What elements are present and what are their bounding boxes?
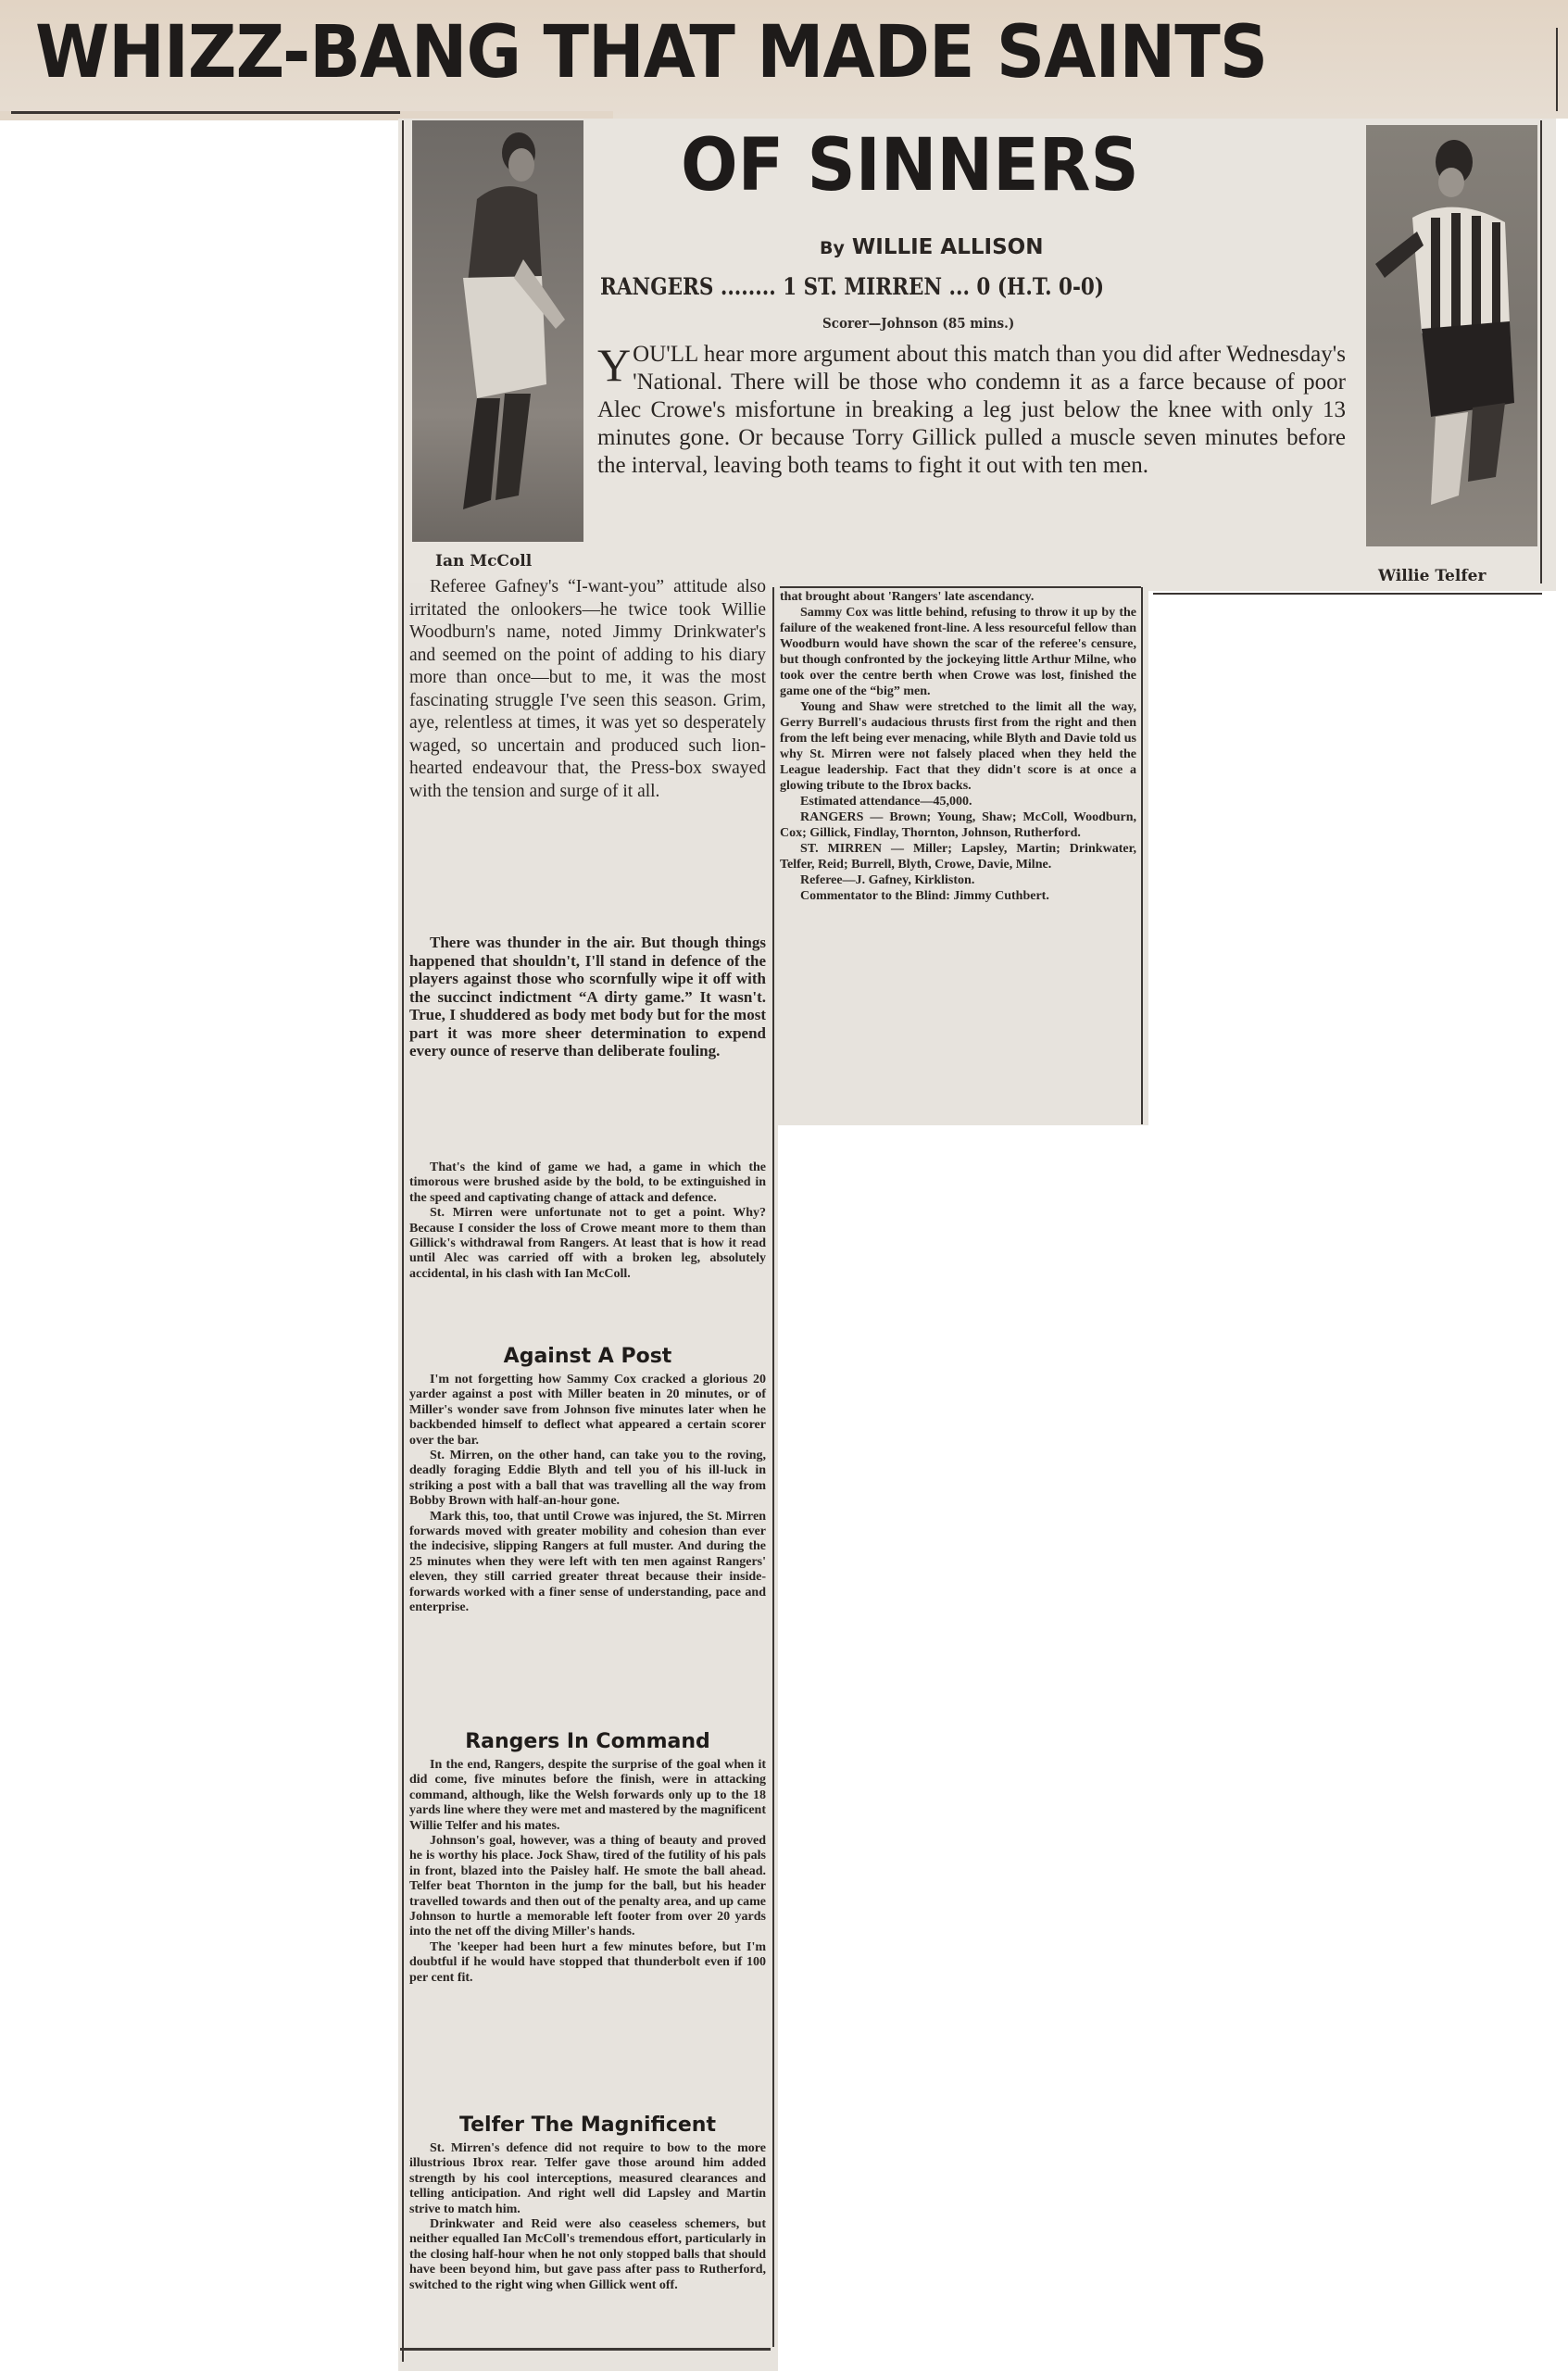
paragraph: That's the kind of game we had, a game i…	[409, 1160, 766, 1206]
commentator: Commentator to the Blind: Jimmy Cuthbert…	[780, 888, 1136, 904]
subhead-against-a-post: Against A Post	[409, 1345, 766, 1368]
column-b: that brought about 'Rangers' late ascend…	[780, 589, 1136, 904]
section-against-a-post: I'm not forgetting how Sammy Cox cracked…	[409, 1373, 766, 1616]
section-rangers-in-command: In the end, Rangers, despite the surpris…	[409, 1758, 766, 1986]
column-a-part-1: Referee Gafney's “I-want-you” attitude a…	[409, 576, 766, 803]
header-rule	[11, 111, 400, 114]
subhead-rangers-in-command: Rangers In Command	[409, 1730, 766, 1753]
lead-text: OU'LL hear more argument about this matc…	[597, 341, 1346, 480]
photo-ian-mccoll	[412, 120, 583, 542]
column-a-part-2: There was thunder in the air. But though…	[409, 934, 766, 1060]
bottom-rule	[400, 2348, 771, 2351]
subhead-telfer-the-magnificent: Telfer The Magnificent	[409, 2114, 766, 2137]
paragraph: The 'keeper had been hurt a few minutes …	[409, 1940, 766, 1986]
photo-right-rule	[1540, 120, 1542, 583]
st-mirren-lineup: ST. MIRREN — Miller; Lapsley, Martin; Dr…	[780, 841, 1136, 872]
paragraph: St. Mirren were unfortunate not to get a…	[409, 1206, 766, 1282]
paragraph: Sammy Cox was little behind, refusing to…	[780, 605, 1136, 699]
caption-willie-telfer: Willie Telfer	[1378, 567, 1486, 585]
column-divider	[772, 587, 774, 2347]
box-right-rule	[1141, 587, 1143, 1124]
attendance: Estimated attendance—45,000.	[780, 794, 1136, 809]
paragraph: St. Mirren's defence did not require to …	[409, 2141, 766, 2217]
referee: Referee—J. Gafney, Kirkliston.	[780, 872, 1136, 888]
paragraph: Drinkwater and Reid were also ceaseless …	[409, 2217, 766, 2293]
photo-willie-telfer	[1366, 125, 1537, 546]
paragraph: I'm not forgetting how Sammy Cox cracked…	[409, 1373, 766, 1449]
paragraph: St. Mirren, on the other hand, can take …	[409, 1449, 766, 1510]
box-top-rule	[780, 586, 1141, 588]
byline-author: WILLIE ALLISON	[852, 235, 1044, 259]
caption-ian-mccoll: Ian McColl	[435, 552, 532, 571]
paragraph: In the end, Rangers, despite the surpris…	[409, 1758, 766, 1834]
paragraph: Mark this, too, that until Crowe was inj…	[409, 1510, 766, 1616]
paragraph: Referee Gafney's “I-want-you” attitude a…	[409, 576, 766, 803]
lead-paragraph: Y OU'LL hear more argument about this ma…	[597, 341, 1346, 480]
headline-line-2: OF SINNERS	[681, 130, 1139, 202]
byline: By WILLIE ALLISON	[820, 235, 1043, 259]
right-box-rule	[1153, 593, 1542, 595]
drop-cap: Y	[597, 345, 631, 385]
right-edge-rule	[1556, 28, 1558, 111]
column-a-part-3: That's the kind of game we had, a game i…	[409, 1160, 766, 1282]
paragraph: that brought about 'Rangers' late ascend…	[780, 589, 1136, 605]
paragraph: Johnson's goal, however, was a thing of …	[409, 1834, 766, 1940]
rangers-lineup: RANGERS — Brown; Young, Shaw; McColl, Wo…	[780, 809, 1136, 841]
headline-line-1: WHIZZ-BANG THAT MADE SAINTS	[35, 17, 1448, 89]
left-column-rule	[402, 120, 404, 2362]
player-figure-icon	[412, 120, 583, 542]
scorer-line: Scorer—Johnson (85 mins.)	[822, 315, 1014, 332]
paragraph: There was thunder in the air. But though…	[409, 934, 766, 1060]
player-figure-icon	[1366, 125, 1537, 546]
paragraph: Young and Shaw were stretched to the lim…	[780, 699, 1136, 794]
match-result: RANGERS ........ 1 ST. MIRREN ... 0 (H.T…	[600, 273, 1104, 300]
section-telfer-the-magnificent: St. Mirren's defence did not require to …	[409, 2141, 766, 2293]
byline-prefix: By	[820, 238, 845, 258]
